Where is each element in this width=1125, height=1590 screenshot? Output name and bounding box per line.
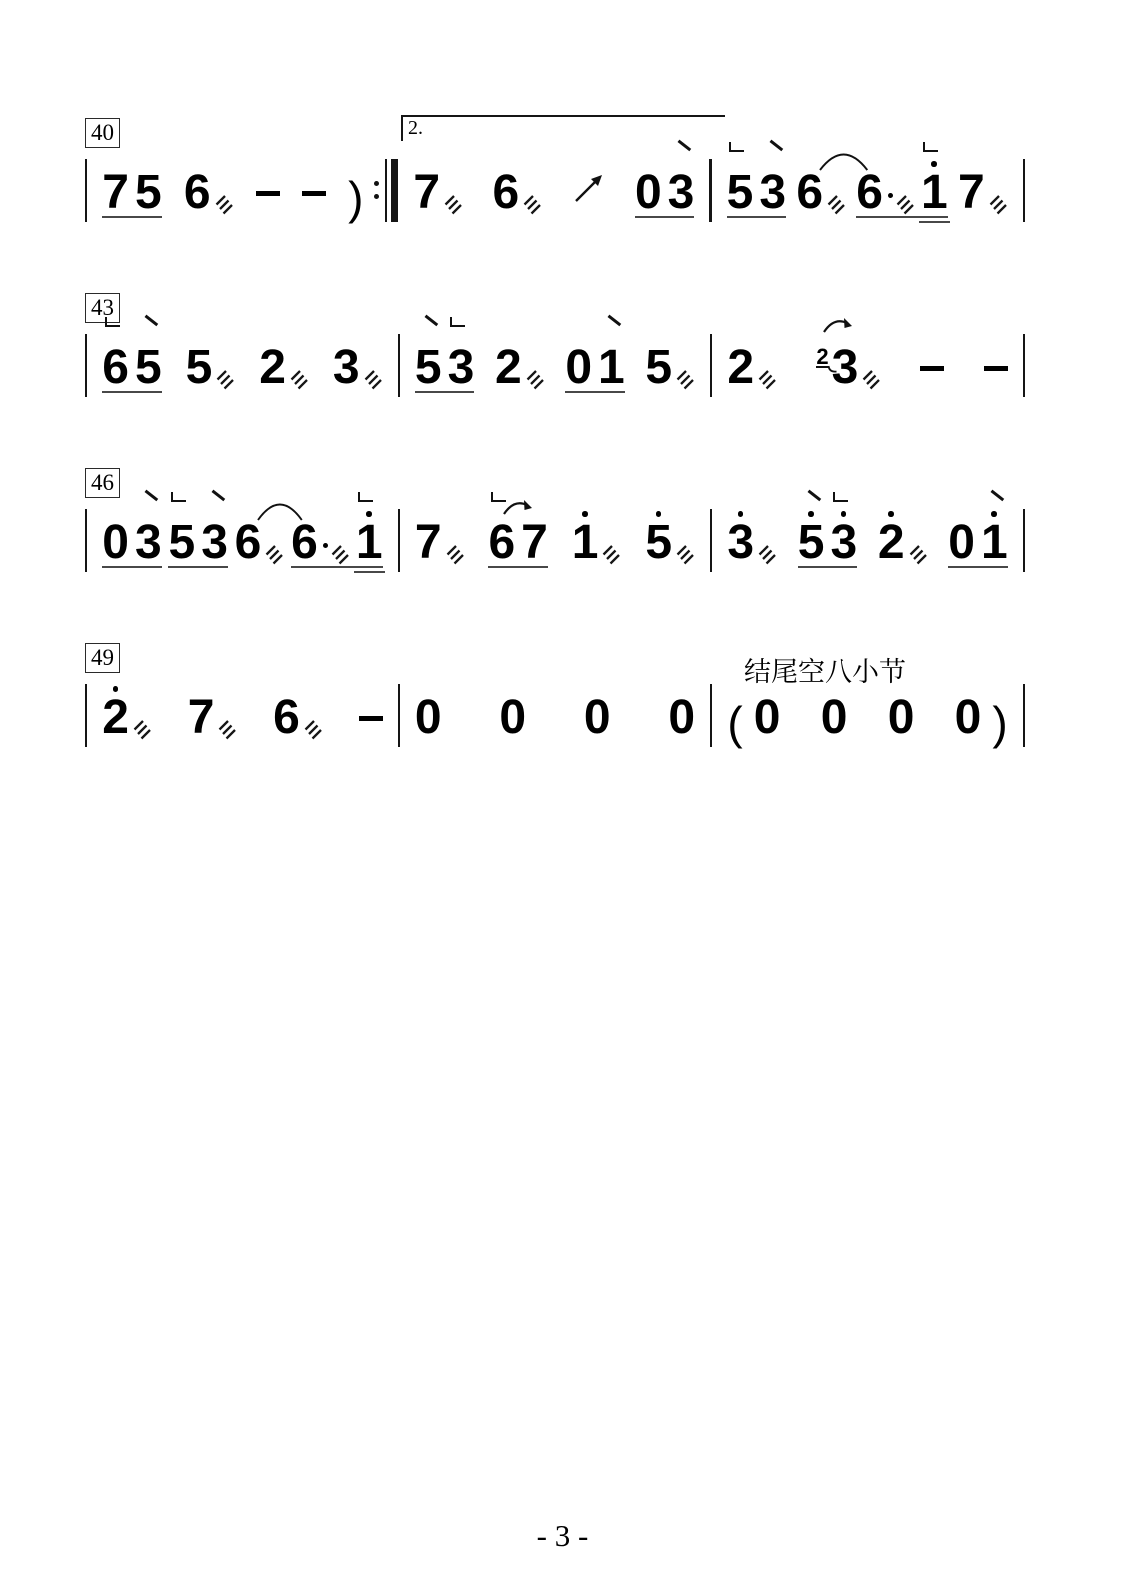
system-4: 49 结尾空八小节 2760000(0000) [85, 637, 1025, 812]
note: 6 [235, 524, 285, 561]
measure: 756) [87, 159, 398, 211]
note-digit: 1 [921, 174, 948, 211]
note-digit-wrap: 1 [572, 524, 599, 561]
beam-underline [635, 216, 694, 218]
sixteenth-underline [354, 571, 385, 573]
slide-up-arrow-icon [820, 315, 856, 335]
note-digit: 6 [102, 349, 129, 386]
note: 6 [796, 174, 846, 211]
beam-group: 67 [488, 524, 547, 561]
note-digit-wrap: 0 [635, 174, 662, 211]
note-digit: 7 [413, 174, 440, 211]
measure: (0000) [712, 699, 1022, 736]
beam-group: 61 [856, 174, 947, 211]
note-digit-wrap: 5 [415, 349, 442, 386]
note: 5 [645, 349, 695, 386]
note: 0 [102, 524, 129, 561]
finger-gou-icon [729, 142, 744, 152]
note: 5 [135, 174, 162, 211]
tremolo-icon [364, 370, 383, 391]
barline [1023, 334, 1025, 397]
note-digit-wrap: 5 [135, 174, 162, 211]
ending-annotation: 结尾空八小节 [703, 657, 947, 687]
note: 5 [415, 349, 442, 386]
beam-underline [727, 216, 786, 218]
measure-number: 46 [91, 470, 114, 495]
note: 0 [565, 349, 592, 386]
note: 0 [415, 699, 442, 736]
open-paren: ( [727, 703, 742, 743]
note-digit-wrap: 0 [888, 699, 915, 736]
thin-barline [385, 159, 387, 222]
octave-dot [366, 511, 372, 517]
measure: 276 [87, 699, 397, 736]
beam-underline [798, 566, 857, 568]
measure: 353201 [712, 524, 1022, 561]
note-digit: 6 [492, 174, 519, 211]
note: 0 [821, 699, 848, 736]
tremolo-icon [133, 720, 152, 741]
beam-group: 01 [565, 349, 624, 386]
note-digit-wrap: 6 [273, 699, 300, 736]
measure-number-box: 49 [85, 643, 120, 673]
note-digit-wrap: 6 [492, 174, 519, 211]
note-digit: 3 [831, 524, 858, 561]
note-digit: 1 [572, 524, 599, 561]
tremolo-icon [331, 545, 350, 566]
note-digit-wrap: 2 [878, 524, 905, 561]
note: 5 [645, 524, 695, 561]
note-digit-wrap: 3 [668, 174, 695, 211]
beam-group: 53 [798, 524, 857, 561]
note-digit: 3 [832, 349, 859, 386]
note: 6 [184, 174, 234, 211]
note: 6 [856, 174, 915, 211]
tremolo-icon [989, 195, 1008, 216]
tremolo-icon [218, 720, 237, 741]
beam-underline [291, 566, 382, 568]
note: 0 [499, 699, 526, 736]
note-digit: 5 [645, 524, 672, 561]
repeat-dot [374, 194, 379, 199]
note-digit-wrap: 1 [921, 174, 948, 211]
measure-number-box: 46 [85, 468, 120, 498]
note-digit: 5 [135, 349, 162, 386]
note: 6 [492, 174, 542, 211]
note-digit-wrap: 7 [415, 524, 442, 561]
note-digit-wrap: 6 [291, 524, 318, 561]
beam-underline [102, 391, 161, 393]
finger-gou-icon [105, 317, 120, 327]
note-digit: 5 [798, 524, 825, 561]
measure-number-box: 40 [85, 118, 120, 148]
score-area: 40 2. 756)7603536617 43 65523532015223 4… [85, 112, 1025, 812]
event-cluster: ) [348, 159, 398, 211]
note: 2 [727, 349, 777, 386]
tremolo-icon [896, 195, 915, 216]
note: 7 [188, 699, 238, 736]
beam-group: 53 [727, 174, 786, 211]
octave-dot [808, 511, 814, 517]
system-2: 43 65523532015223 [85, 287, 1025, 462]
tie-arc [257, 494, 303, 522]
note-digit-wrap: 5 [645, 349, 672, 386]
note-digit: 5 [645, 349, 672, 386]
note-digit: 1 [598, 349, 625, 386]
note-digit: 0 [821, 699, 848, 736]
finger-gou-icon [358, 492, 373, 502]
tremolo-icon [862, 370, 881, 391]
note-digit: 0 [754, 699, 781, 736]
note-digit: 1 [356, 524, 383, 561]
note-digit: 2 [727, 349, 754, 386]
repeat-dot [374, 181, 379, 186]
tie-arc [819, 144, 868, 172]
note-digit: 1 [981, 524, 1008, 561]
tremolo-icon [827, 195, 846, 216]
note-digit-wrap: 3 [448, 349, 475, 386]
note-digit: 6 [235, 524, 262, 561]
notes-row: 2760000(0000) [85, 699, 1025, 736]
note-digit: 7 [415, 524, 442, 561]
octave-dot [582, 511, 588, 517]
note: 3 [727, 524, 777, 561]
note-digit-wrap: 5 [186, 349, 213, 386]
notes-row: 035366176715353201 [85, 524, 1025, 561]
beam-underline [168, 566, 227, 568]
octave-dot [113, 686, 119, 692]
note: 3 [759, 174, 786, 211]
measure: 0000 [400, 699, 710, 736]
finger-gou-icon [923, 142, 938, 152]
note-digit: 0 [635, 174, 662, 211]
finger-mo-icon [145, 315, 158, 326]
note-digit: 7 [102, 174, 129, 211]
beam-group: 75 [102, 174, 161, 211]
note-digit: 2 [878, 524, 905, 561]
finger-mo-icon [678, 140, 691, 151]
beam-group: 61 [291, 524, 382, 561]
note-digit-wrap: 7 [102, 174, 129, 211]
finger-mo-icon [425, 315, 438, 326]
tremolo-icon [304, 720, 323, 741]
beam-underline [102, 216, 161, 218]
repeat-dots [374, 181, 379, 199]
note-digit: 6 [856, 174, 883, 211]
note-digit: 3 [201, 524, 228, 561]
beam-underline [415, 391, 474, 393]
note-digit: 0 [948, 524, 975, 561]
augmentation-dot [888, 193, 893, 198]
note-digit: 2 [259, 349, 286, 386]
note-digit-wrap: 5 [798, 524, 825, 561]
note-digit: 6 [488, 524, 515, 561]
note-digit-wrap: 3 [759, 174, 786, 211]
finger-gou-icon [833, 492, 848, 502]
barline [1023, 159, 1025, 222]
barline [1023, 684, 1025, 747]
note-digit: 0 [584, 699, 611, 736]
note-digit: 6 [184, 174, 211, 211]
notes-row: 65523532015223 [85, 349, 1025, 386]
volta-bracket: 2. [401, 115, 725, 141]
note: 3 [831, 524, 858, 561]
note-digit-wrap: 0 [499, 699, 526, 736]
glissando-arrow-icon [572, 173, 606, 205]
note: 2 [259, 349, 309, 386]
note-digit: 7 [958, 174, 985, 211]
note-digit-wrap: 5 [645, 524, 672, 561]
note: 3 [668, 174, 695, 211]
grace-note: 2 [816, 348, 828, 368]
slide-up-arrow-icon [500, 497, 536, 517]
note-digit: 3 [333, 349, 360, 386]
beam-group: 53 [415, 349, 474, 386]
note-digit-wrap: 7 [958, 174, 985, 211]
measure: 76715 [400, 524, 710, 561]
tremolo-icon [526, 370, 545, 391]
close-paren: ) [992, 703, 1007, 743]
note-digit: 5 [727, 174, 754, 211]
note-digit-wrap: 2 [102, 699, 129, 736]
note: 1 [356, 524, 383, 561]
note: 5 [168, 524, 195, 561]
note-digit-wrap: 0 [102, 524, 129, 561]
tremolo-icon [265, 545, 284, 566]
note: 23 [816, 349, 881, 386]
measure: 532015 [400, 349, 710, 386]
note: 3 [448, 349, 475, 386]
note-digit-wrap: 3 [831, 524, 858, 561]
note: 7 [958, 174, 1008, 211]
beam-group: 65 [102, 349, 161, 386]
octave-dot [841, 511, 847, 517]
note: 3 [135, 524, 162, 561]
event-cluster: (0 [727, 699, 780, 736]
beam-group: 53 [168, 524, 227, 561]
tremolo-icon [444, 195, 463, 216]
note-digit: 3 [759, 174, 786, 211]
note: 5 [135, 349, 162, 386]
note-digit: 0 [888, 699, 915, 736]
note-digit: 3 [448, 349, 475, 386]
page-number: - 3 - [0, 1518, 1125, 1554]
note: 1 [921, 174, 948, 211]
note-digit-wrap: 0 [415, 699, 442, 736]
note-digit-wrap: 1 [598, 349, 625, 386]
rest-dash [302, 191, 326, 196]
note: 7 [415, 524, 465, 561]
note-digit-wrap: 6 [102, 349, 129, 386]
sheet-music-page: 40 2. 756)7603536617 43 65523532015223 4… [0, 0, 1125, 1590]
measure-number: 40 [91, 120, 114, 145]
note: 2 [102, 699, 152, 736]
note-digit: 5 [168, 524, 195, 561]
finger-mo-icon [608, 315, 621, 326]
note: 1 [598, 349, 625, 386]
measure: 223 [712, 349, 1022, 386]
tremolo-icon [758, 370, 777, 391]
note: 7 [413, 174, 463, 211]
note-digit: 0 [499, 699, 526, 736]
note-digit-wrap: 2 [495, 349, 522, 386]
tremolo-icon [523, 195, 542, 216]
note: 3 [333, 349, 383, 386]
note-digit: 6 [273, 699, 300, 736]
note-digit: 0 [955, 699, 982, 736]
note: 7 [521, 524, 548, 561]
measure: 7603 [398, 173, 709, 211]
note: 6 [291, 524, 350, 561]
rest-dash [256, 191, 280, 196]
tremolo-icon [909, 545, 928, 566]
note-digit-wrap: 6 [184, 174, 211, 211]
tremolo-icon [290, 370, 309, 391]
note-digit-wrap: 3 [727, 524, 754, 561]
note: 1 [981, 524, 1008, 561]
note-digit: 0 [102, 524, 129, 561]
tremolo-icon [676, 370, 695, 391]
beam-group: 01 [948, 524, 1007, 561]
note-digit: 3 [668, 174, 695, 211]
finger-gou-icon [171, 492, 186, 502]
note-digit-wrap: 7 [521, 524, 548, 561]
note-digit: 0 [415, 699, 442, 736]
rest-dash [920, 366, 944, 371]
note-digit-wrap: 0 [821, 699, 848, 736]
beam-underline [565, 391, 624, 393]
tremolo-icon [446, 545, 465, 566]
measure-number: 49 [91, 645, 114, 670]
finger-gou-icon [450, 317, 465, 327]
barline [1023, 509, 1025, 572]
note-digit-wrap: 1 [981, 524, 1008, 561]
finger-mo-icon [991, 490, 1004, 501]
note-digit: 2 [495, 349, 522, 386]
beam-underline [488, 566, 547, 568]
beam-underline [102, 566, 161, 568]
note-digit-wrap: 6 [235, 524, 262, 561]
note-digit-wrap: 3 [135, 524, 162, 561]
note-digit-wrap: 5 [168, 524, 195, 561]
note-digit: 0 [565, 349, 592, 386]
note: 5 [186, 349, 236, 386]
note: 5 [727, 174, 754, 211]
note-digit-wrap: 3 [333, 349, 360, 386]
tremolo-icon [216, 370, 235, 391]
measure: 65523 [87, 349, 397, 386]
close-paren: ) [348, 178, 363, 218]
note: 0 [888, 699, 915, 736]
note: 1 [572, 524, 622, 561]
note-digit-wrap: 1 [356, 524, 383, 561]
beam-group: 03 [102, 524, 161, 561]
beam-underline [856, 216, 947, 218]
finger-mo-icon [769, 140, 782, 151]
note: 2 [495, 349, 545, 386]
finger-mo-icon [211, 490, 224, 501]
finger-mo-icon [808, 490, 821, 501]
note-digit: 7 [521, 524, 548, 561]
rest-dash [359, 716, 383, 721]
finger-mo-icon [145, 490, 158, 501]
notes-row: 756)7603536617 [85, 174, 1025, 211]
sixteenth-underline [919, 221, 950, 223]
system-3: 46 035366176715353201 [85, 462, 1025, 637]
note: 6 [102, 349, 129, 386]
note: 7 [102, 174, 129, 211]
note-digit: 5 [135, 174, 162, 211]
note-digit-wrap: 2 [259, 349, 286, 386]
note: 0 [635, 174, 662, 211]
tremolo-icon [676, 545, 695, 566]
note: 0 [955, 699, 982, 736]
octave-dot [738, 511, 744, 517]
note-digit-wrap: 6 [796, 174, 823, 211]
tremolo-icon [215, 195, 234, 216]
note-digit-wrap: 5 [727, 174, 754, 211]
measure: 536617 [712, 174, 1023, 211]
note-digit: 7 [188, 699, 215, 736]
measure: 0353661 [87, 524, 397, 561]
note: 5 [798, 524, 825, 561]
note: 0 [948, 524, 975, 561]
note-digit: 0 [668, 699, 695, 736]
note-digit-wrap: 2 [727, 349, 754, 386]
note-digit-wrap: 0 [948, 524, 975, 561]
note-digit-wrap: 7 [188, 699, 215, 736]
note-digit-wrap: 6 [856, 174, 883, 211]
note-digit: 3 [135, 524, 162, 561]
thick-barline [391, 159, 399, 222]
system-1: 40 2. 756)7603536617 [85, 112, 1025, 287]
octave-dot [991, 511, 997, 517]
octave-dot [931, 161, 937, 167]
rest-dash [984, 366, 1008, 371]
note-digit: 5 [415, 349, 442, 386]
volta-label: 2. [403, 117, 725, 139]
note-digit-wrap: 0 [668, 699, 695, 736]
note-digit: 2 [102, 699, 129, 736]
tremolo-icon [758, 545, 777, 566]
note: 0 [754, 699, 781, 736]
note-digit-wrap: 3 [201, 524, 228, 561]
note-digit-wrap: 0 [565, 349, 592, 386]
note-digit-wrap: 6 [488, 524, 515, 561]
tremolo-icon [602, 545, 621, 566]
repeat-end-barline [374, 159, 398, 211]
note: 0 [668, 699, 695, 736]
note: 0 [584, 699, 611, 736]
note-digit: 3 [727, 524, 754, 561]
note-digit: 6 [291, 524, 318, 561]
note: 3 [201, 524, 228, 561]
augmentation-dot [323, 543, 328, 548]
note: 6 [488, 524, 515, 561]
note-digit-wrap: 7 [413, 174, 440, 211]
note-digit-wrap: 0 [955, 699, 982, 736]
note-digit-wrap: 0 [584, 699, 611, 736]
note: 2 [878, 524, 928, 561]
beam-underline [948, 566, 1007, 568]
note-digit: 6 [796, 174, 823, 211]
octave-dot [656, 511, 662, 517]
event-cluster: 0) [955, 699, 1008, 736]
note-digit: 5 [186, 349, 213, 386]
beam-group: 03 [635, 174, 694, 211]
note: 6 [273, 699, 323, 736]
note-digit-wrap: 3 [832, 349, 859, 386]
